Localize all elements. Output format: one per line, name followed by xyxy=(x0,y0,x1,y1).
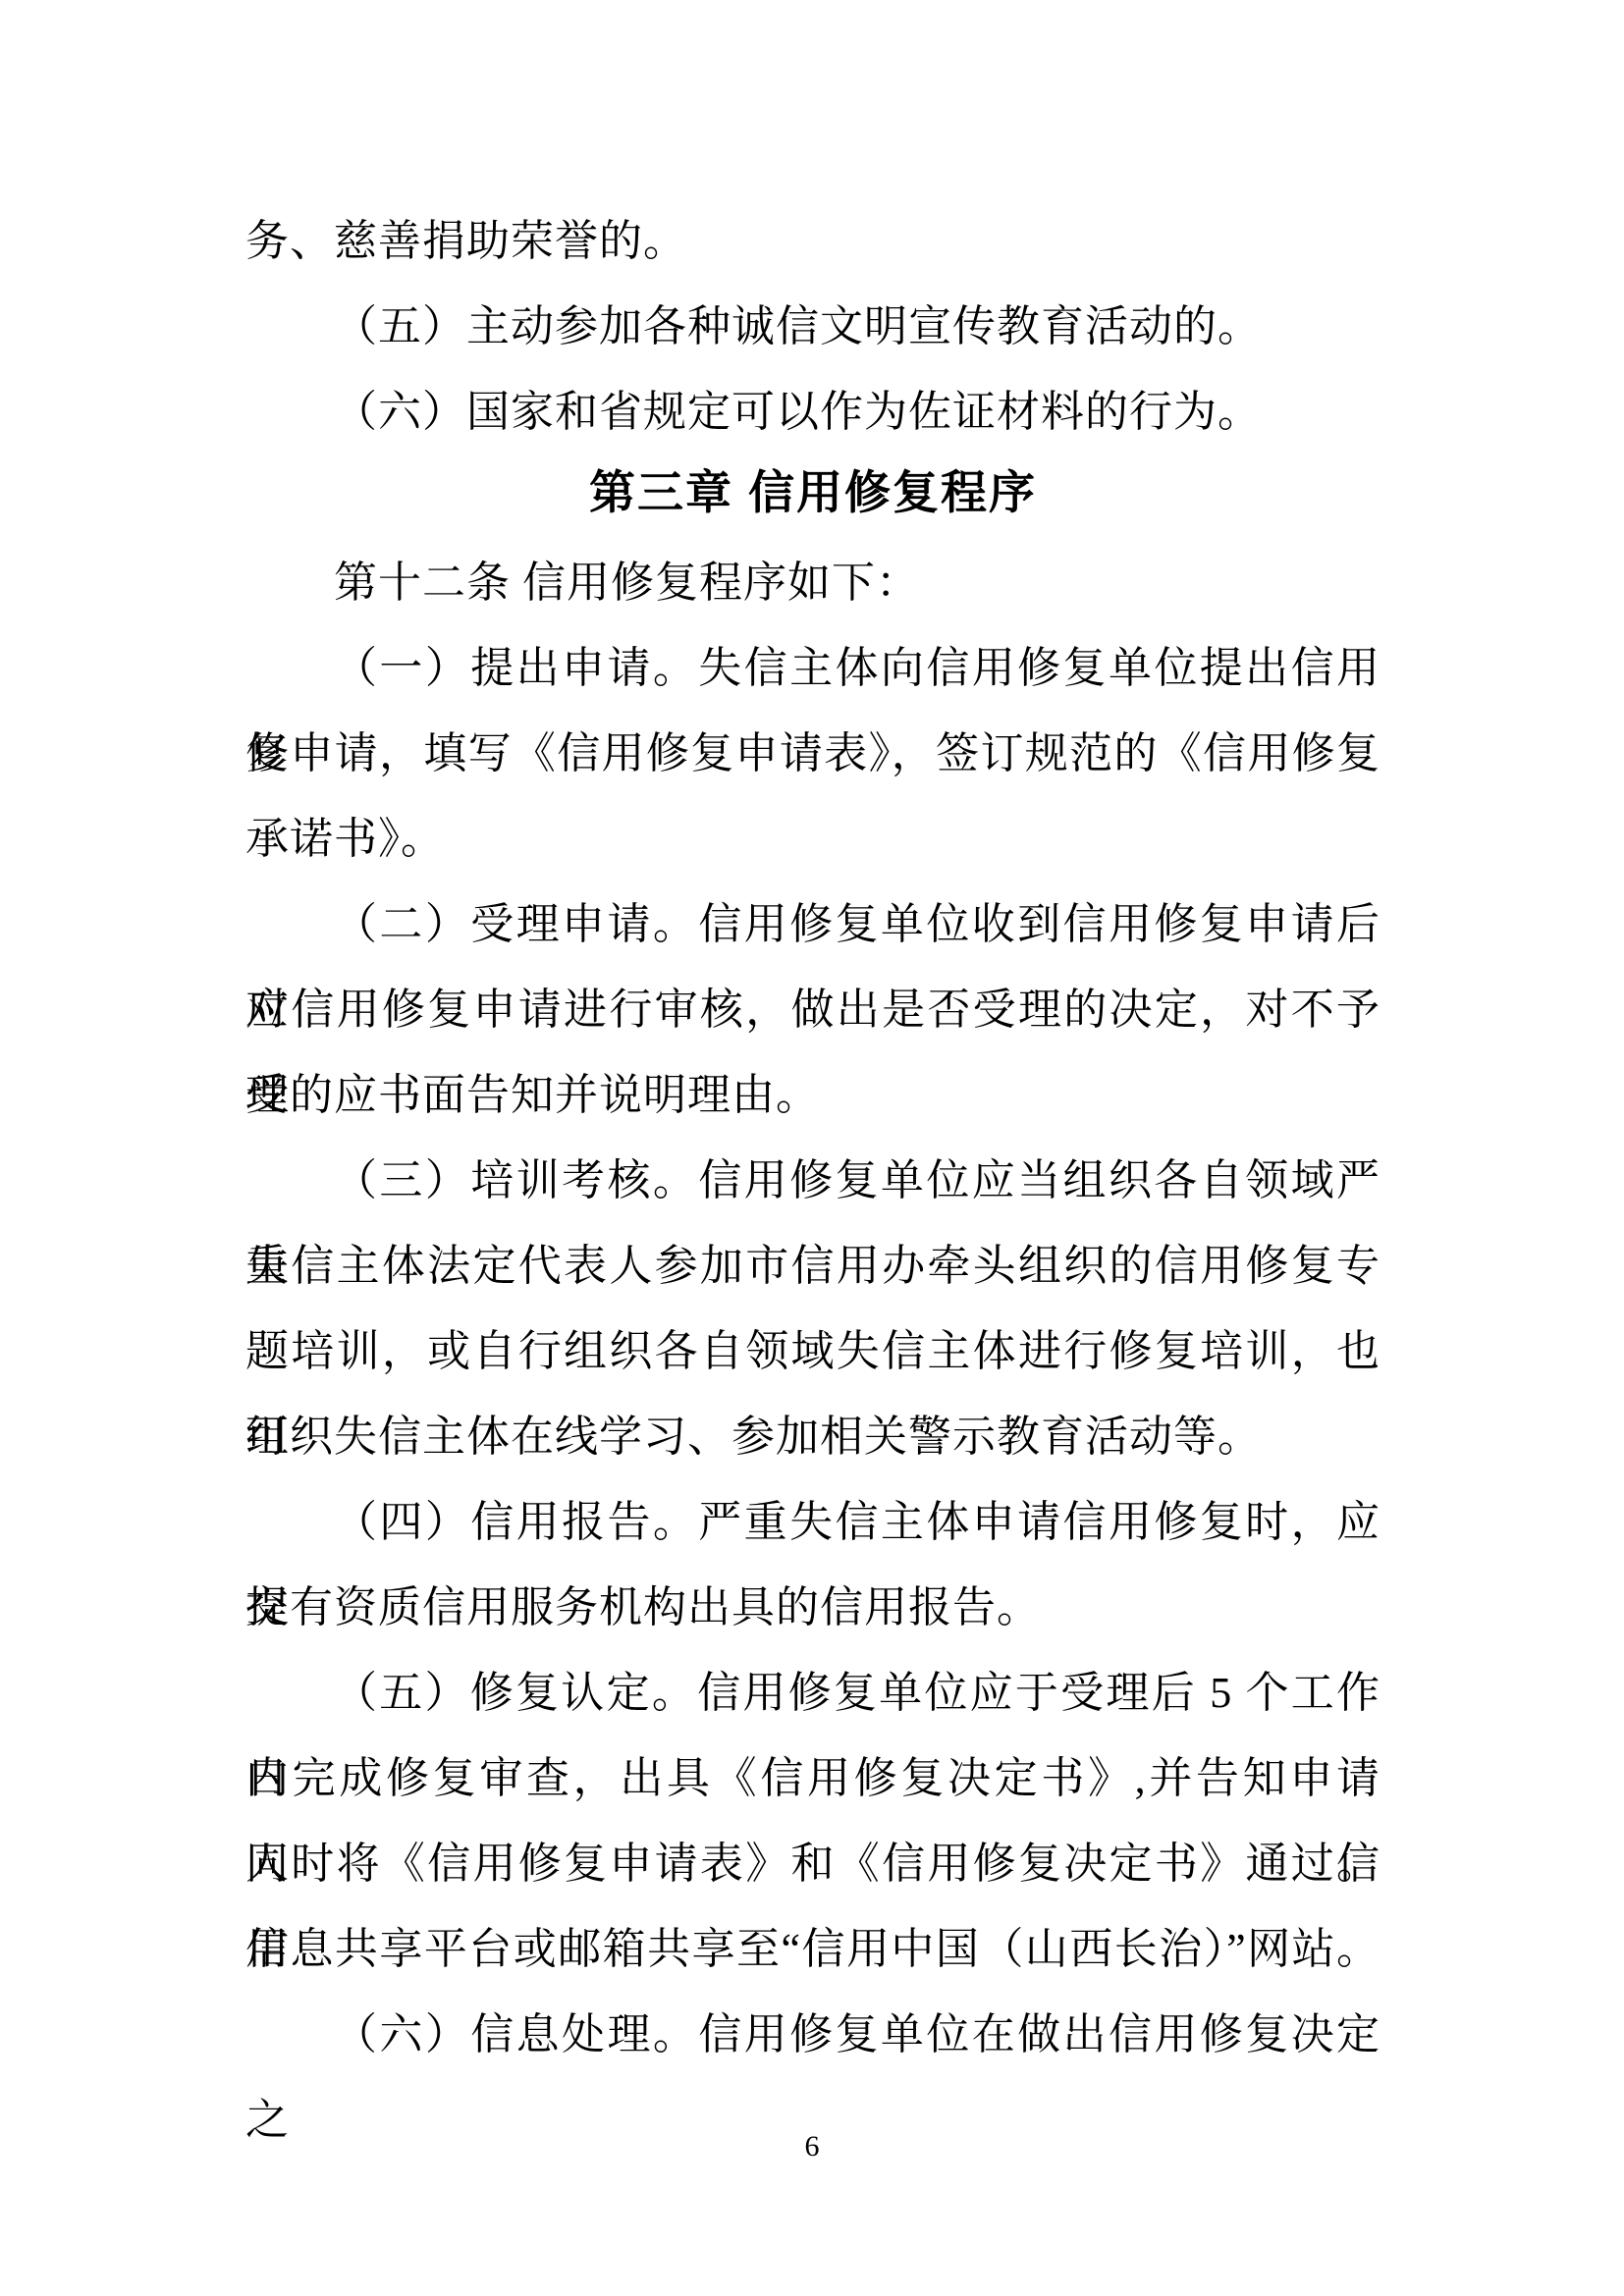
text-line: （二）受理申请。信用修复单位收到信用修复申请后应 xyxy=(245,881,1380,967)
text-line: （四）信用报告。严重失信主体申请信用修复时，应提 xyxy=(245,1479,1380,1565)
chapter-heading: 第三章 信用修复程序 xyxy=(245,450,1380,535)
text-line: （一）提出申请。失信主体向信用修复单位提出信用修 xyxy=(245,625,1380,711)
text-line: 题培训，或自行组织各自领域失信主体进行修复培训，也可 xyxy=(245,1308,1380,1394)
text-line: 内完成修复审查，出具《信用修复决定书》,并告知申请人。 xyxy=(245,1735,1380,1821)
text-line: 组织失信主体在线学习、参加相关警示教育活动等。 xyxy=(245,1394,1380,1479)
text-line: 同时将《信用修复申请表》和《信用修复决定书》通过信用 xyxy=(245,1821,1380,1906)
text-line: 对信用修复申请进行审核，做出是否受理的决定，对不予受 xyxy=(245,967,1380,1052)
text-line: 务、慈善捐助荣誉的。 xyxy=(245,198,1380,284)
text-line: （六）国家和省规定可以作为佐证材料的行为。 xyxy=(245,369,1380,454)
text-line: 失信主体法定代表人参加市信用办牵头组织的信用修复专 xyxy=(245,1223,1380,1308)
text-line: （五）主动参加各种诚信文明宣传教育活动的。 xyxy=(245,284,1380,369)
text-line: （六）信息处理。信用修复单位在做出信用修复决定之 xyxy=(245,1992,1380,2077)
text-line: 信息共享平台或邮箱共享至“信用中国（山西长治）”网站。 xyxy=(245,1906,1380,1992)
text-line: 理的应书面告知并说明理由。 xyxy=(245,1052,1380,1138)
text-line: 承诺书》。 xyxy=(245,796,1380,881)
page-number: 6 xyxy=(0,2125,1624,2168)
text-line: 交有资质信用服务机构出具的信用报告。 xyxy=(245,1565,1380,1650)
text-line: 复申请，填写《信用修复申请表》，签订规范的《信用修复 xyxy=(245,711,1380,796)
text-line: （五）修复认定。信用修复单位应于受理后 5 个工作日 xyxy=(245,1650,1380,1735)
text-line: 第十二条 信用修复程序如下： xyxy=(245,540,1380,625)
document-page: 务、慈善捐助荣誉的。 （五）主动参加各种诚信文明宣传教育活动的。 （六）国家和省… xyxy=(0,0,1624,2296)
text-line: （三）培训考核。信用修复单位应当组织各自领域严重 xyxy=(245,1138,1380,1223)
